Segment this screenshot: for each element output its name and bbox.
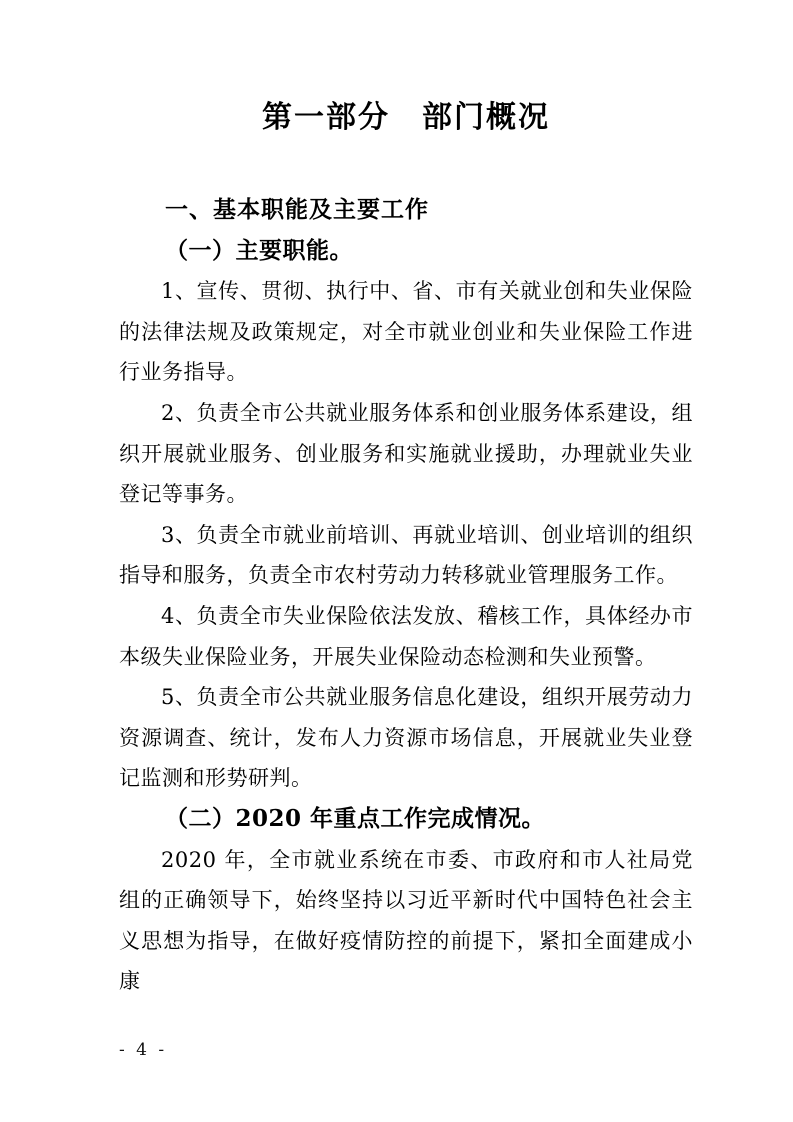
function-paragraph-5: 5、负责全市公共就业服务信息化建设，组织开展劳动力资源调查、统计，发布人力资源市… bbox=[119, 677, 693, 799]
function-paragraph-1: 1、宣传、贯彻、执行中、省、市有关就业创和失业保险的法律法规及政策规定，对全市就… bbox=[119, 271, 693, 393]
subsection-heading-main-functions: （一）主要职能。 bbox=[119, 231, 693, 272]
page-number: - 4 - bbox=[119, 1040, 167, 1060]
summary-paragraph: 2020 年，全市就业系统在市委、市政府和市人社局党组的正确领导下，始终坚持以习… bbox=[119, 840, 693, 1002]
function-paragraph-3: 3、负责全市就业前培训、再就业培训、创业培训的组织指导和服务，负责全市农村劳动力… bbox=[119, 515, 693, 596]
subsection-heading-2020-key-work: （二）2020 年重点工作完成情况。 bbox=[119, 799, 693, 840]
function-paragraph-2: 2、负责全市公共就业服务体系和创业服务体系建设，组织开展就业服务、创业服务和实施… bbox=[119, 393, 693, 515]
document-page: 第一部分 部门概况 一、基本职能及主要工作 （一）主要职能。 1、宣传、贯彻、执… bbox=[0, 0, 793, 1122]
page-title: 第一部分 部门概况 bbox=[119, 96, 693, 140]
function-paragraph-4: 4、负责全市失业保险依法发放、稽核工作，具体经办市本级失业保险业务，开展失业保险… bbox=[119, 596, 693, 677]
section-heading-basic-functions: 一、基本职能及主要工作 bbox=[119, 190, 693, 231]
document-body: 一、基本职能及主要工作 （一）主要职能。 1、宣传、贯彻、执行中、省、市有关就业… bbox=[119, 190, 693, 1002]
